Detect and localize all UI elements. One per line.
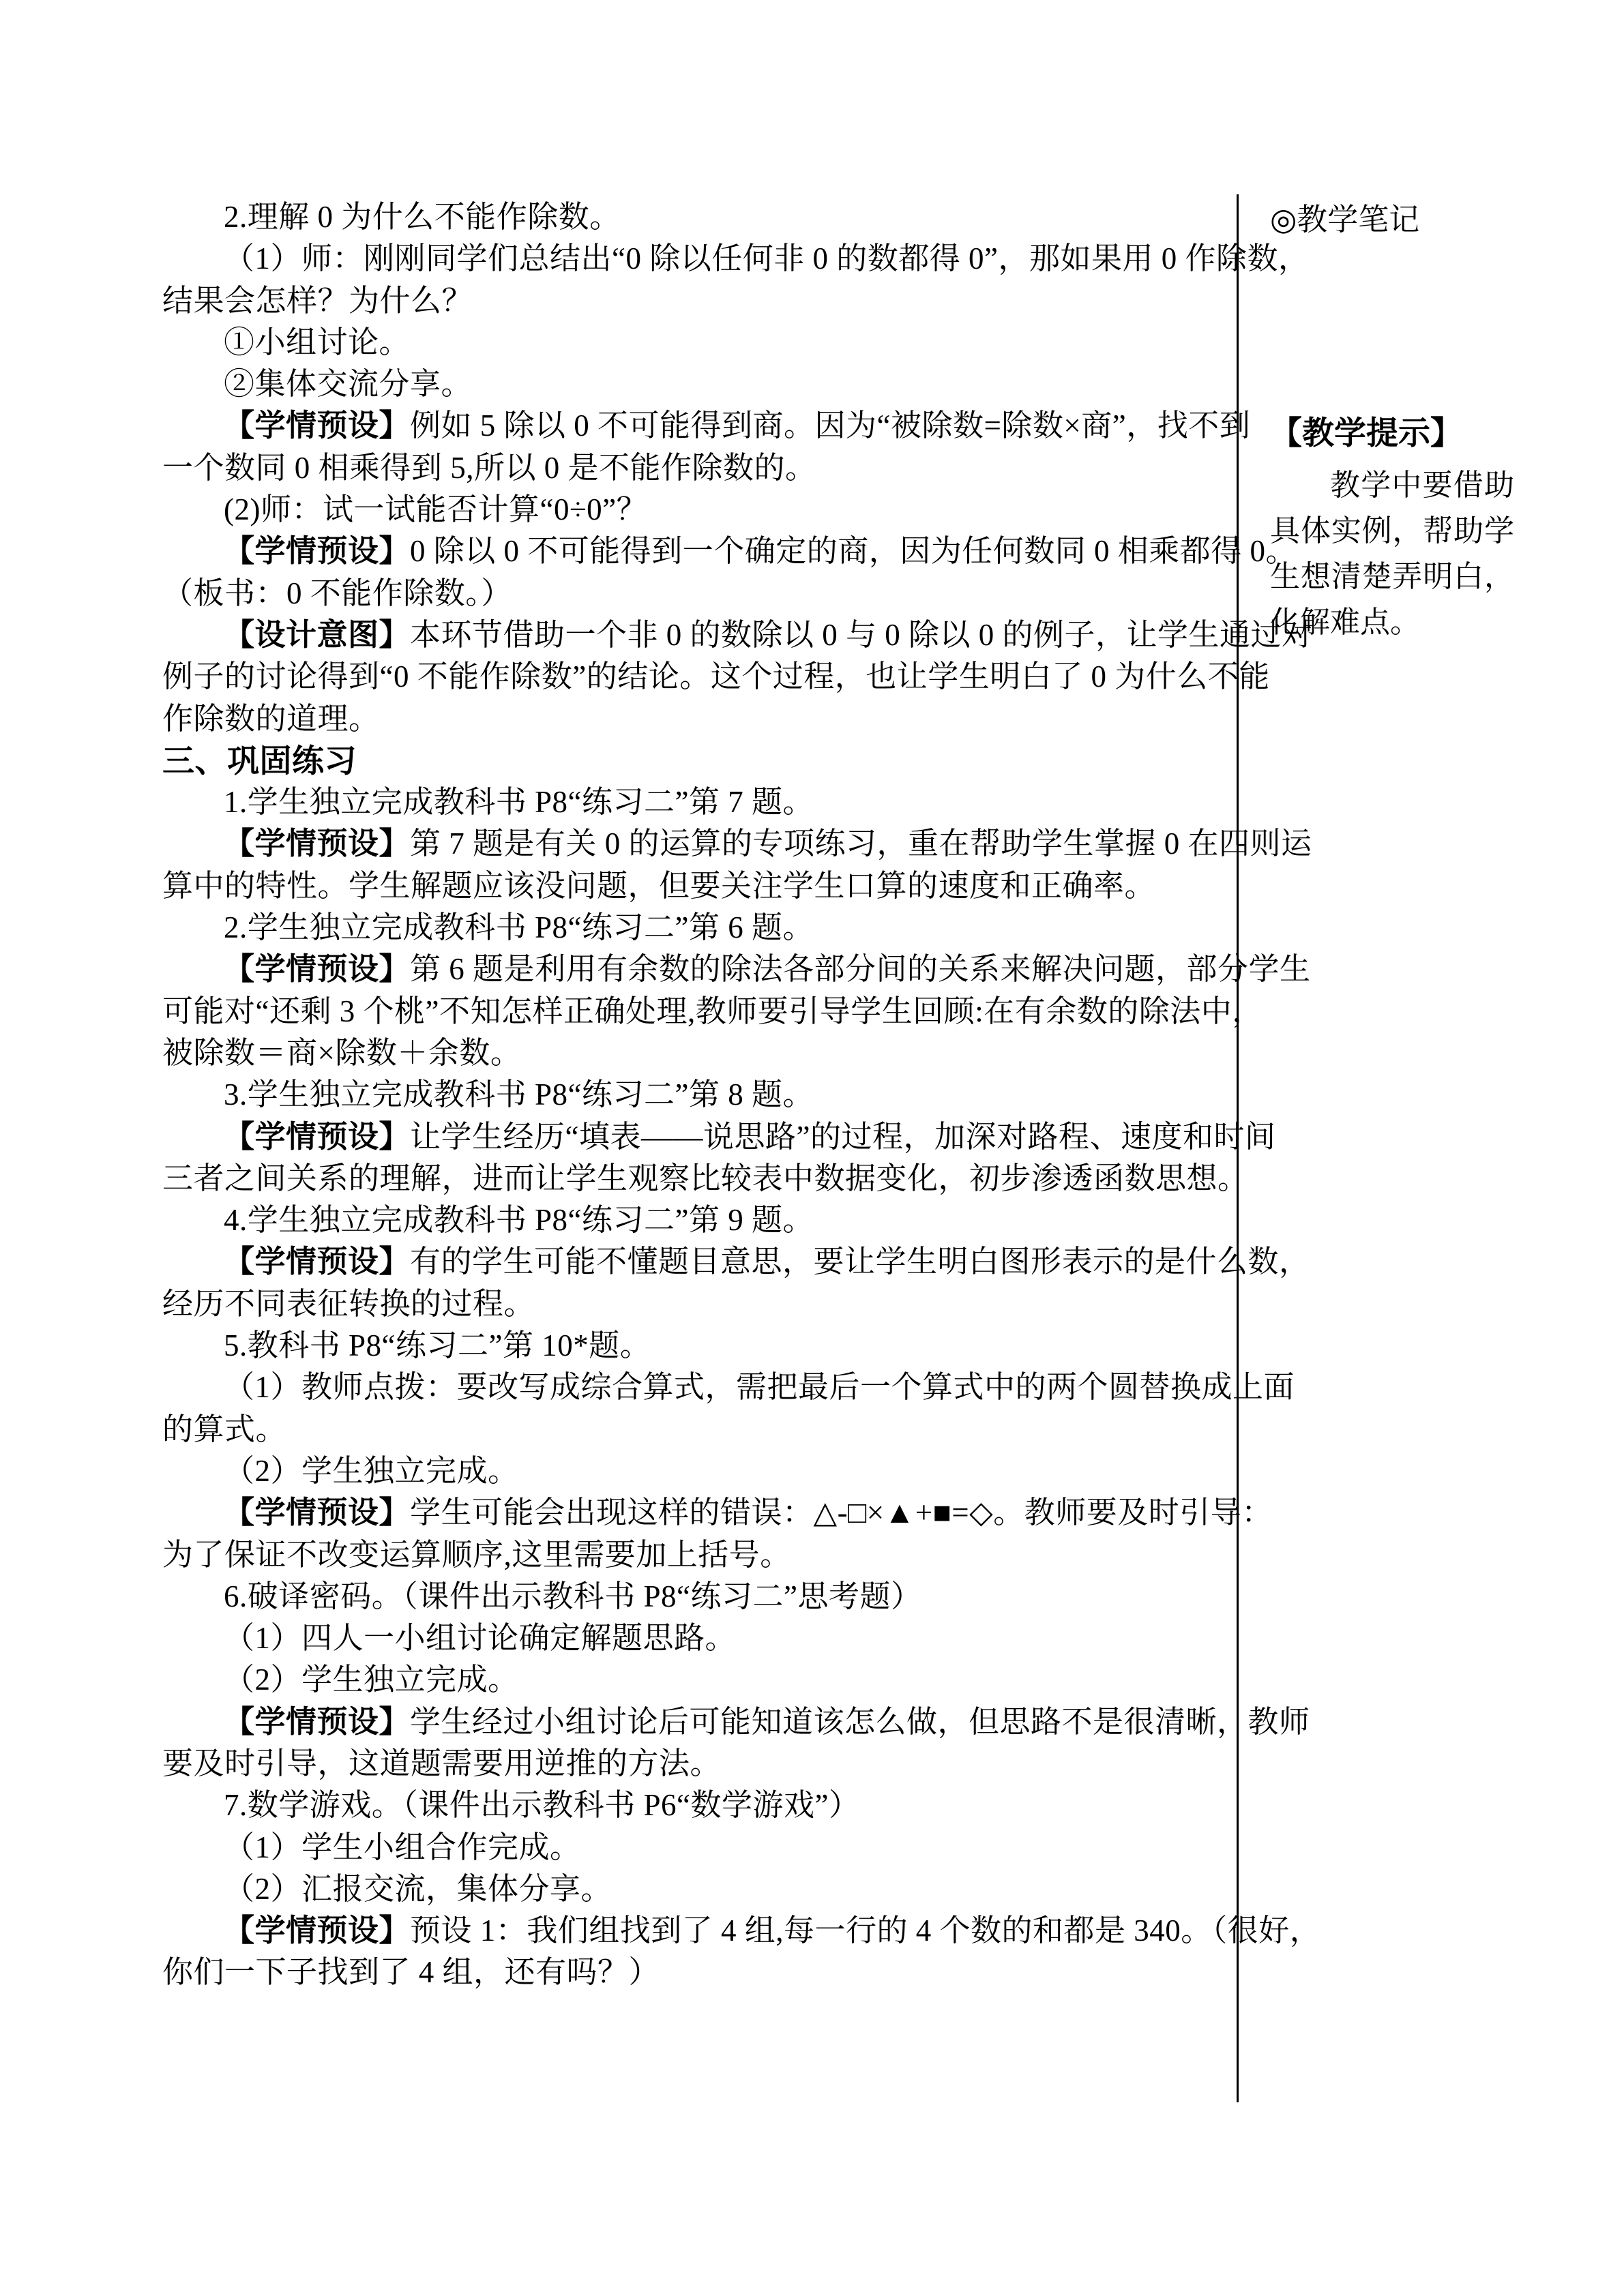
text-line: （1）四人一小组讨论确定解题思路。 xyxy=(162,1617,1230,1659)
teaching-notes-label: ◎教学笔记 xyxy=(1270,202,1419,237)
section-heading: 三、巩固练习 xyxy=(162,740,1230,781)
text-line: （2）学生独立完成。 xyxy=(162,1450,1230,1492)
text-line: 三者之间关系的理解，进而让学生观察比较表中数据变化，初步渗透函数思想。 xyxy=(162,1158,1230,1199)
text-line: 【学情预设】第 7 题是有关 0 的运算的专项练习，重在帮助学生掌握 0 在四则… xyxy=(162,823,1230,865)
text-line: 1.学生独立完成教科书 P8“练习二”第 7 题。 xyxy=(162,781,1230,823)
text-line: （1）师：刚刚同学们总结出“0 除以任何非 0 的数都得 0”，那如果用 0 作… xyxy=(162,238,1230,280)
text-line: ②集体交流分享。 xyxy=(162,363,1230,405)
text-line: 6.破译密码。（课件出示教科书 P8“练习二”思考题） xyxy=(162,1576,1230,1617)
text-line: 2.理解 0 为什么不能作除数。 xyxy=(162,196,1230,238)
text-line: 的算式。 xyxy=(162,1409,1230,1450)
text-line: 4.学生独立完成教科书 P8“练习二”第 9 题。 xyxy=(162,1199,1230,1241)
text-line: 【学情预设】学生可能会出现这样的错误：△-□×▲+■=◇。教师要及时引导： xyxy=(162,1492,1230,1534)
text-line: 例子的讨论得到“0 不能作除数”的结论。这个过程，也让学生明白了 0 为什么不能 xyxy=(162,656,1230,698)
text-line: 【学情预设】第 6 题是利用有余数的除法各部分间的关系来解决问题，部分学生 xyxy=(162,949,1230,990)
text-line: 5.教科书 P8“练习二”第 10*题。 xyxy=(162,1325,1230,1367)
teaching-tip-text: 教学中要借助具体实例，帮助学生想清楚弄明白，化解难点。 xyxy=(1270,462,1514,645)
text-line: 结果会怎样？为什么？ xyxy=(162,280,1230,322)
text-line: 被除数＝商×除数＋余数。 xyxy=(162,1032,1230,1074)
text-line: (2)师：试一试能否计算“0÷0”？ xyxy=(162,489,1230,531)
text-line: （2）汇报交流，集体分享。 xyxy=(162,1868,1230,1910)
text-line: 算中的特性。学生解题应该没问题，但要关注学生口算的速度和正确率。 xyxy=(162,865,1230,907)
text-line: 【学情预设】0 除以 0 不可能得到一个确定的商，因为任何数同 0 相乘都得 0… xyxy=(162,531,1230,572)
text-line: 【学情预设】让学生经历“填表——说思路”的过程，加深对路程、速度和时间 xyxy=(162,1116,1230,1158)
lesson-plan-text-column: 2.理解 0 为什么不能作除数。（1）师：刚刚同学们总结出“0 除以任何非 0 … xyxy=(162,196,1230,1994)
text-line: 2.学生独立完成教科书 P8“练习二”第 6 题。 xyxy=(162,907,1230,949)
text-line: 可能对“还剩 3 个桃”不知怎样正确处理,教师要引导学生回顾:在有余数的除法中， xyxy=(162,991,1230,1032)
text-line: 为了保证不改变运算顺序,这里需要加上括号。 xyxy=(162,1534,1230,1576)
text-line: 你们一下子找到了 4 组，还有吗？） xyxy=(162,1952,1230,1993)
text-line: （1）学生小组合作完成。 xyxy=(162,1827,1230,1868)
document-page: 2.理解 0 为什么不能作除数。（1）师：刚刚同学们总结出“0 除以任何非 0 … xyxy=(0,0,1624,2296)
column-divider-line xyxy=(1237,194,1239,2102)
text-line: 经历不同表征转换的过程。 xyxy=(162,1283,1230,1325)
text-line: （2）学生独立完成。 xyxy=(162,1659,1230,1701)
text-line: ①小组讨论。 xyxy=(162,322,1230,363)
double-circle-icon: ◎ xyxy=(1270,203,1297,237)
teaching-notes-text: 教学笔记 xyxy=(1297,203,1419,237)
text-line: 【学情预设】预设 1：我们组找到了 4 组,每一行的 4 个数的和都是 340。… xyxy=(162,1910,1230,1952)
teaching-tip-block: 【教学提示】 教学中要借助具体实例，帮助学生想清楚弄明白，化解难点。 xyxy=(1270,413,1514,645)
text-line: 作除数的道理。 xyxy=(162,698,1230,740)
text-line: 7.数学游戏。（课件出示教科书 P6“数学游戏”） xyxy=(162,1785,1230,1826)
text-line: 一个数同 0 相乘得到 5,所以 0 是不能作除数的。 xyxy=(162,447,1230,489)
text-line: 【学情预设】学生经过小组讨论后可能知道该怎么做，但思路不是很清晰，教师 xyxy=(162,1701,1230,1743)
text-line: 3.学生独立完成教科书 P8“练习二”第 8 题。 xyxy=(162,1074,1230,1116)
text-line: 【学情预设】有的学生可能不懂题目意思，要让学生明白图形表示的是什么数， xyxy=(162,1241,1230,1283)
text-line: （板书：0 不能作除数。） xyxy=(162,573,1230,614)
text-line: 要及时引导，这道题需要用逆推的方法。 xyxy=(162,1743,1230,1785)
text-line: 【设计意图】本环节借助一个非 0 的数除以 0 与 0 除以 0 的例子，让学生… xyxy=(162,614,1230,656)
teaching-tip-title: 【教学提示】 xyxy=(1270,413,1514,453)
text-line: 【学情预设】例如 5 除以 0 不可能得到商。因为“被除数=除数×商”，找不到 xyxy=(162,405,1230,447)
text-line: （1）教师点拨：要改写成综合算式，需把最后一个算式中的两个圆替换成上面 xyxy=(162,1367,1230,1408)
